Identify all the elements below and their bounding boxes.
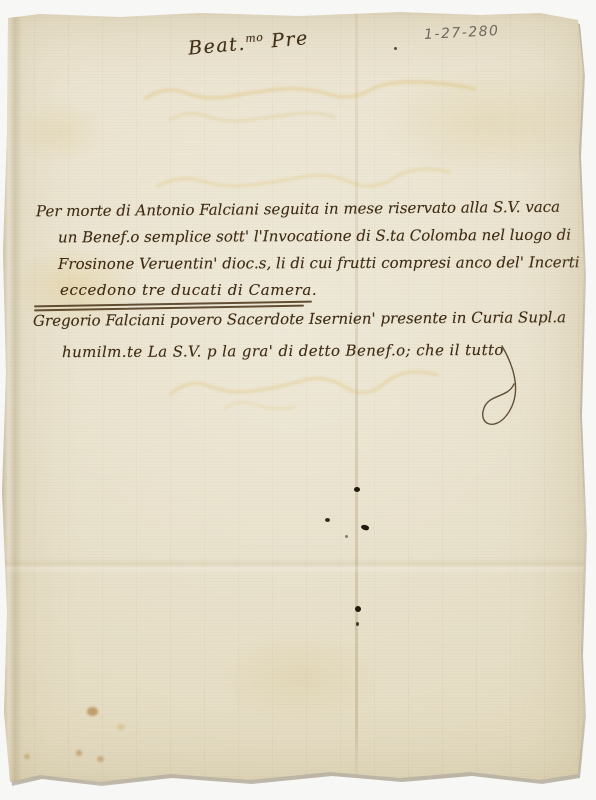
manuscript-line: eccedono tre ducati di Camera. — [60, 281, 317, 299]
ink-spot — [354, 487, 360, 492]
fox-stain — [24, 754, 30, 759]
manuscript-photo-background: Beat.mo Pre 1-27-280 Per morte di Antoni… — [0, 0, 596, 800]
heading-rest: Pre — [263, 27, 310, 53]
archival-number-pencil: 1-27-280 — [424, 23, 500, 43]
fox-stain — [117, 724, 125, 730]
heading-salutation: Beat.mo Pre — [187, 27, 309, 60]
ink-spot — [355, 606, 361, 612]
left-fold-crease — [0, 12, 22, 786]
ink-spot — [356, 622, 359, 626]
ink-spot — [394, 47, 397, 50]
ink-spot — [325, 518, 330, 522]
manuscript-line: Frosinone Veruentin' dioc.s, li di cui f… — [58, 253, 596, 273]
horizontal-crease — [0, 558, 586, 574]
ink-spot — [360, 524, 369, 531]
manuscript-line: un Benef.o semplice sott' l'Invocatione … — [58, 226, 571, 247]
ink-bleedthrough-lower — [165, 364, 495, 416]
ink-bleedthrough-top — [140, 72, 490, 136]
pen-flourish — [468, 342, 532, 442]
manuscript-line: Gregorio Falciani povero Sacerdote Isern… — [33, 308, 566, 330]
fox-stain — [87, 707, 98, 716]
ink-spot — [345, 535, 348, 538]
heading-base: Beat. — [187, 33, 246, 60]
manuscript-line: Per morte di Antonio Falciani seguita in… — [36, 198, 560, 221]
heading-superscript: mo — [245, 31, 264, 46]
fox-stain — [97, 756, 104, 762]
manuscript-line: humilm.te La S.V. p la gra' di detto Ben… — [62, 341, 504, 361]
manuscript-page: Beat.mo Pre 1-27-280 Per morte di Antoni… — [0, 12, 586, 786]
fox-stain — [76, 750, 82, 756]
